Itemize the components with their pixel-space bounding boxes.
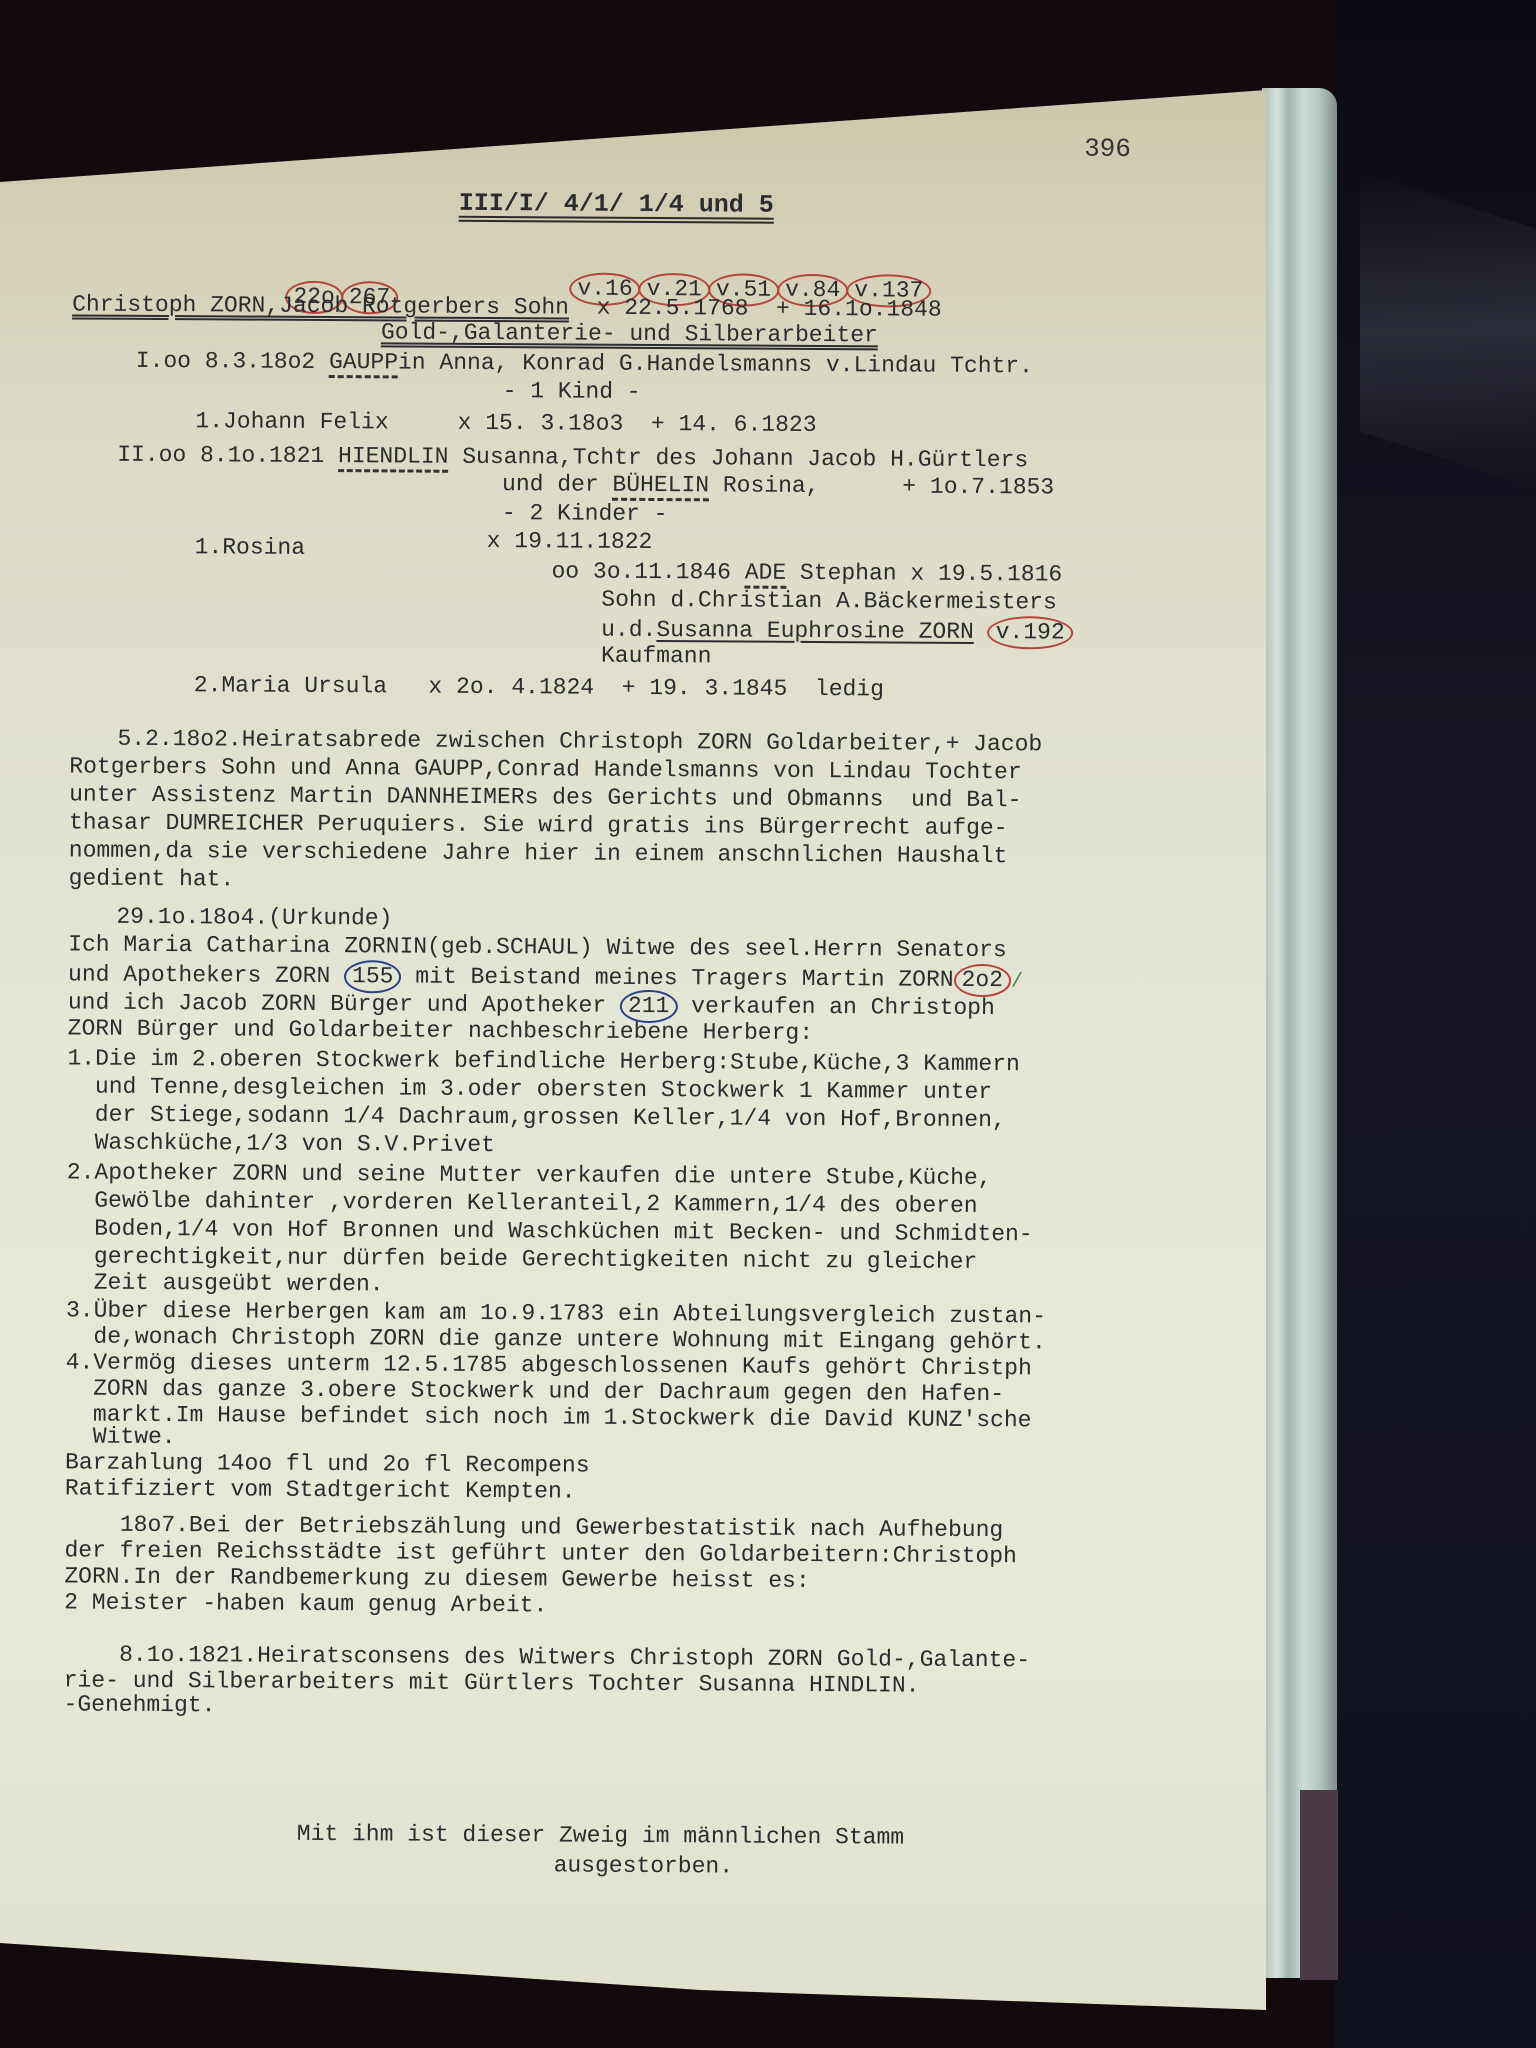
marriage-2-prefix: II.oo 8.1o.1821	[117, 442, 338, 469]
mother-surname: BÜHELIN	[612, 472, 709, 502]
paragraph-1821: 8.1o.1821.Heiratsconsens des Witwers Chr…	[0, 0, 1266, 8]
book-cover-corner	[1300, 1790, 1338, 1980]
child-rosina-birth: x 19.11.1822	[487, 527, 653, 557]
spouse-surname: ADE	[745, 560, 787, 589]
ref-circle: v.192	[988, 616, 1073, 650]
occupation-text: Gold-,Galanterie- und Silberarbeiter	[381, 319, 878, 348]
paragraph-1807: 18o7.Bei der Betriebszählung und Gewerbe…	[0, 0, 1266, 8]
children-label-2: - 2 Kinder -	[502, 499, 668, 529]
child-johann-felix: 1.Johann Felix x 15. 3.18o3 + 14. 6.1823	[195, 407, 816, 440]
text-line: Zeit ausgeübt werden.	[66, 1268, 384, 1299]
child-rosina-name: 1.Rosina	[195, 533, 306, 563]
check-mark-icon: /	[1011, 967, 1023, 996]
rosina-spouse-father: Sohn d.Christian A.Bäckermeisters	[601, 586, 1057, 618]
closing-line-1: Mit ihm ist dieser Zweig im männlichen S…	[297, 1820, 904, 1853]
text: Rosina, + 1o.7.1853	[709, 472, 1054, 500]
text: oo 3o.11.1846	[551, 558, 744, 585]
subject-name: Christoph ZORN,Jacob Rotgerbers Sohn	[72, 291, 569, 320]
text: und Apothekers ZORN	[68, 961, 344, 989]
child-dates: x 2o. 4.1824 + 19. 3.1845 ledig	[428, 674, 884, 703]
deed-items: 1.Die im 2.oberen Stockwerk befindliche …	[0, 0, 1266, 8]
marriage-1-rest: in Anna, Konrad G.Handelsmanns v.Lindau …	[398, 349, 1033, 379]
subject-occupation: Gold-,Galanterie- und Silberarbeiter	[381, 318, 878, 350]
child-name: 2.Maria Ursula	[194, 672, 387, 699]
text-line: markt.Im Hause befindet sich noch im 1.S…	[65, 1400, 1031, 1435]
paragraph-1804: 29.1o.18o4.(Urkunde) Ich Maria Catharina…	[0, 0, 1266, 8]
rosina-marriage: oo 3o.11.1846 ADE Stephan x 19.5.1816	[551, 557, 1062, 589]
children-label-1: - 1 Kind -	[503, 377, 641, 407]
text: u.d.	[601, 617, 656, 643]
closing-line-2: ausgestorben.	[554, 1851, 734, 1881]
marriage-2-surname: HIENDLIN	[338, 443, 449, 473]
book-page-edges	[1262, 88, 1337, 1978]
marriage-1-prefix: I.oo 8.3.18o2	[136, 348, 329, 375]
page-number: 396	[1084, 135, 1131, 164]
deed-title: 29.1o.18o4.(Urkunde)	[116, 903, 392, 934]
text-line: ZORN Bürger und Goldarbeiter nachbeschri…	[68, 1014, 813, 1048]
child-maria-ursula: 2.Maria Ursula x 2o. 4.1824 + 19. 3.1845…	[194, 671, 884, 704]
marriage-2-line2: und der BÜHELIN Rosina, + 1o.7.1853	[502, 470, 1054, 502]
text-line: 2 Meister -haben kaum genug Arbeit.	[64, 1588, 547, 1620]
marriage-1: I.oo 8.3.18o2 GAUPPin Anna, Konrad G.Han…	[136, 347, 1033, 381]
text-line: Waschküche,1/3 von S.V.Privet	[67, 1128, 495, 1160]
subject-dates: x 22.5.1768 + 16.1o.1848	[597, 295, 942, 323]
text: und der	[502, 471, 613, 498]
child-name: 1.Johann Felix	[195, 408, 388, 435]
rosina-spouse-occupation: Kaufmann	[601, 642, 712, 672]
mother-name: Susanna Euphrosine ZORN	[656, 617, 974, 645]
text-line: gedient hat.	[69, 864, 235, 894]
page-text: 396 III/I/ 4/1/ 1/4 und 5 22o267 v.16v.2…	[0, 0, 1266, 2048]
text-line: Ratifiziert vom Stadtgericht Kempten.	[65, 1474, 576, 1506]
text: verkaufen an Christoph	[677, 993, 995, 1021]
paragraph-1802: 5.2.18o2.Heiratsabrede zwischen Christop…	[0, 0, 1266, 8]
text-line: -Genehmigt.	[63, 1690, 215, 1720]
marriage-2-rest: Susanna,Tchtr des Johann Jacob H.Gürtler…	[448, 444, 1028, 474]
child-dates: x 15. 3.18o3 + 14. 6.1823	[458, 410, 817, 438]
text: Stephan x 19.5.1816	[786, 560, 1062, 588]
marriage-1-surname: GAUPP	[329, 349, 398, 378]
page-heading: III/I/ 4/1/ 1/4 und 5	[459, 189, 774, 220]
